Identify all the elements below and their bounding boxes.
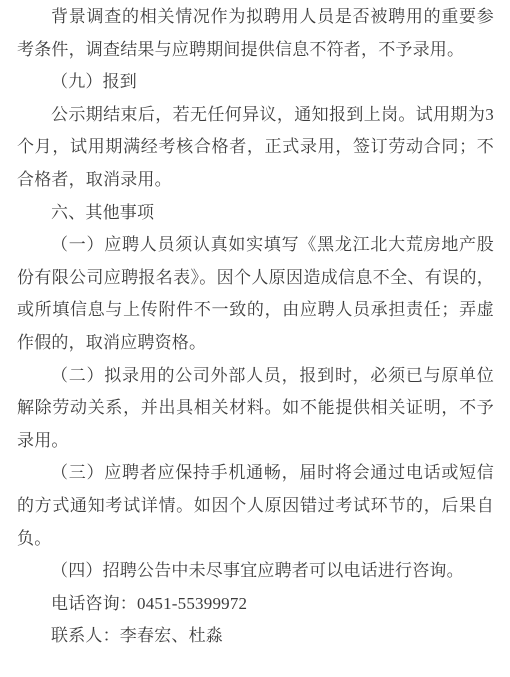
heading-section-6-other-matters: 六、其他事项 <box>17 197 494 230</box>
other-matters-item-1: （一）应聘人员须认真如实填写《黑龙江北大荒房地产股份有限公司应聘报名表》。因个人… <box>17 229 494 359</box>
report-for-duty-paragraph: 公示期结束后，若无任何异议，通知报到上岗。试用期为3个月，试用期满经考核合格者，… <box>17 99 494 197</box>
other-matters-item-4: （四）招聘公告中未尽事宜应聘者可以电话进行咨询。 <box>17 555 494 588</box>
other-matters-item-3: （三）应聘者应保持手机通畅，届时将会通过电话或短信的方式通知考试详情。如因个人原… <box>17 457 494 555</box>
document-page: 背景调查的相关情况作为拟聘用人员是否被聘用的重要参考条件，调查结果与应聘期间提供… <box>0 0 510 677</box>
contact-person-line: 联系人：李春宏、杜淼 <box>17 620 494 653</box>
heading-item-9-baodao: （九）报到 <box>17 66 494 99</box>
phone-inquiry-line: 电话咨询：0451-55399972 <box>17 588 494 621</box>
background-check-note: 背景调查的相关情况作为拟聘用人员是否被聘用的重要参考条件，调查结果与应聘期间提供… <box>17 1 494 66</box>
other-matters-item-2: （二）拟录用的公司外部人员，报到时，必须已与原单位解除劳动关系，并出具相关材料。… <box>17 360 494 458</box>
